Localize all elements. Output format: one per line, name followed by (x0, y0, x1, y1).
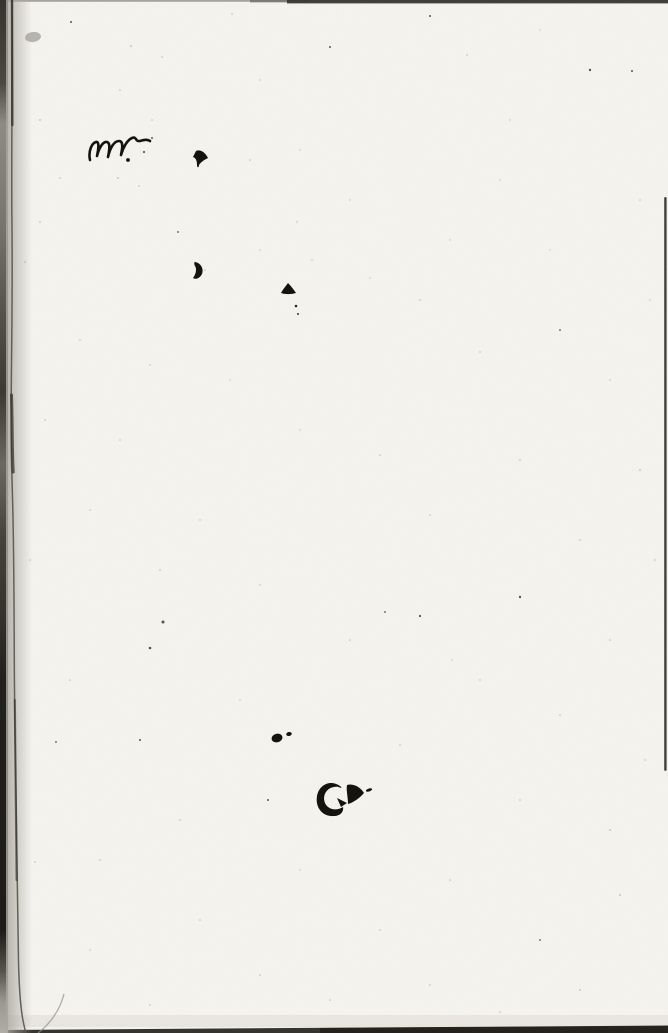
paper-speck (296, 221, 297, 222)
paper-speck (479, 351, 481, 353)
paper-speck (449, 879, 451, 881)
paper-speck (499, 179, 500, 180)
scan-canvas (0, 0, 668, 1033)
paper-speck (609, 639, 611, 641)
paper-speck (479, 679, 481, 681)
paper-speck (419, 299, 421, 301)
paper-speck (519, 596, 521, 598)
paper-speck (249, 159, 251, 161)
paper-speck (379, 454, 381, 456)
paper-speck (177, 231, 179, 233)
paper-speck (559, 329, 561, 331)
paper-speck (55, 741, 57, 743)
paper-speck (231, 13, 233, 15)
paper-speck (399, 744, 401, 746)
paper-grain-texture (0, 0, 668, 1033)
paper-speck (619, 894, 621, 896)
paper-speck (179, 819, 181, 821)
paper-speck (539, 939, 541, 941)
paper-speck (466, 54, 468, 56)
paper-speck (639, 199, 641, 201)
paper-speck (639, 469, 641, 471)
scanned-page (0, 0, 668, 1033)
paper-speck (589, 69, 591, 71)
paper-speck (311, 259, 312, 260)
paper-speck (149, 1004, 151, 1006)
binding-crease-dark-middle (12, 395, 14, 472)
paper-speck (449, 239, 450, 240)
paper-speck (161, 56, 163, 58)
paper-speck (549, 249, 550, 250)
paper-speck (451, 659, 452, 660)
paper-speck (39, 119, 41, 121)
paper-speck (329, 46, 331, 48)
right-edge-line (664, 197, 666, 771)
paper-speck (162, 621, 165, 624)
paper-speck (429, 514, 431, 516)
paper-speck (29, 559, 31, 561)
paper-speck (379, 929, 381, 931)
paper-speck (369, 277, 371, 279)
paper-speck (130, 45, 132, 47)
tiny-dot-mark (297, 313, 299, 315)
paper-speck (519, 799, 521, 801)
squiggle-tail-speck (143, 151, 145, 153)
paper-speck (149, 647, 152, 650)
paper-speck (649, 299, 651, 301)
paper-speck (631, 70, 633, 72)
paper-speck (384, 611, 386, 613)
paper-speck (69, 679, 71, 681)
paper-speck (644, 759, 646, 761)
paper-speck (99, 859, 101, 861)
paper-speck (519, 459, 521, 461)
paper-speck (34, 861, 36, 863)
paper-speck (609, 829, 611, 831)
paper-speck (229, 379, 230, 380)
paper-speck (44, 419, 46, 421)
paper-speck (59, 177, 61, 179)
paper-speck (24, 261, 26, 263)
paper-speck (204, 269, 205, 270)
paper-speck (119, 439, 121, 441)
paper-speck (299, 149, 300, 150)
paper-speck (119, 89, 121, 91)
gutter-shadow (6, 0, 32, 1033)
paper-speck (199, 519, 200, 520)
paper-speck (117, 177, 119, 179)
paper-speck (509, 119, 510, 120)
tiny-tick-mark (295, 305, 298, 308)
paper-speck (349, 199, 350, 200)
paper-speck (39, 221, 41, 223)
paper-speck (239, 699, 240, 700)
paper-speck (539, 29, 540, 30)
bottom-edge-shade-band (0, 1015, 668, 1027)
paper-speck (267, 799, 269, 801)
paper-speck (138, 185, 140, 187)
paper-speck (139, 739, 141, 741)
paper-speck (89, 949, 91, 951)
paper-speck (579, 539, 581, 541)
paper-speck (429, 984, 431, 986)
top-edge-line-dark (287, 0, 668, 3)
paper-speck (299, 869, 300, 870)
paper-speck (429, 15, 431, 17)
paper-speck (151, 119, 153, 121)
paper-speck (329, 999, 331, 1001)
paper-speck (79, 339, 81, 341)
paper-speck (70, 21, 72, 23)
paper-speck (89, 509, 91, 511)
paper-speck (349, 639, 351, 641)
paper-speck (499, 1011, 501, 1013)
squiggle-ink-dot (126, 158, 130, 162)
paper-speck (159, 569, 161, 571)
paper-speck (259, 79, 260, 80)
paper-speck (654, 559, 656, 561)
paper-speck (149, 364, 150, 365)
paper-speck (419, 615, 421, 617)
paper-speck (259, 974, 261, 976)
paper-speck (609, 379, 611, 381)
paper-speck (559, 714, 561, 716)
paper-speck (199, 919, 201, 921)
upper-speck-cluster-dot (151, 137, 153, 139)
paper-speck (259, 249, 260, 250)
paper-speck (259, 584, 260, 585)
paper-speck (579, 989, 581, 991)
paper-speck (299, 429, 300, 430)
